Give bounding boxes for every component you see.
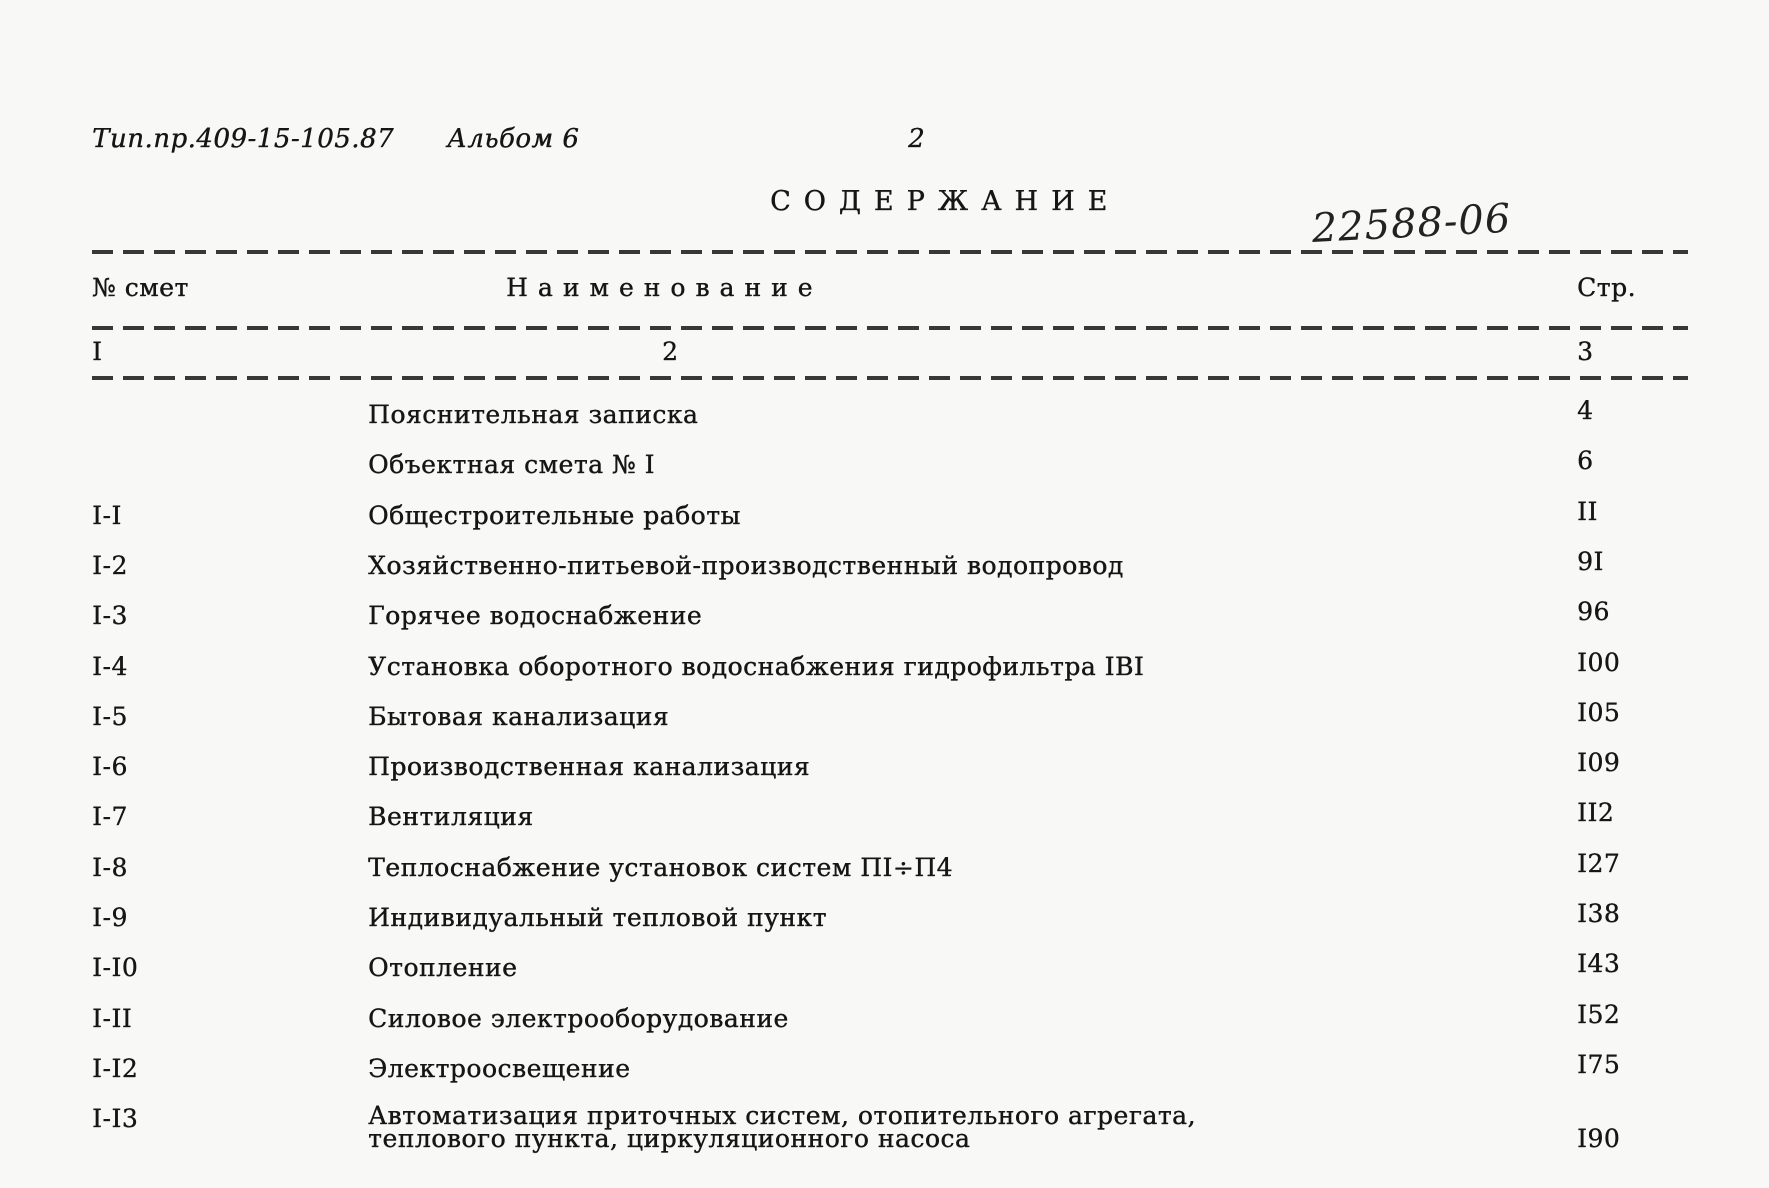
item-name: Производственная канализация — [368, 752, 810, 781]
page-ref: I90 — [1577, 1124, 1620, 1153]
page-ref: I52 — [1577, 1000, 1620, 1029]
estimate-number: I-5 — [92, 702, 128, 731]
page-ref: I27 — [1577, 849, 1620, 878]
estimate-number: I-I3 — [92, 1104, 138, 1133]
item-name: Индивидуальный тепловой пункт — [368, 903, 827, 932]
item-name: Теплоснабжение установок систем ПI÷П4 — [368, 853, 953, 882]
column-header-estimate-no: № смет — [92, 273, 189, 302]
page-ref: I43 — [1577, 949, 1620, 978]
page-ref: 9I — [1577, 547, 1604, 576]
estimate-number: I-6 — [92, 752, 128, 781]
column-header-name: Наименование — [506, 273, 822, 302]
item-name: Пояснительная записка — [368, 400, 698, 429]
column-number-2: 2 — [662, 337, 678, 366]
item-name: Вентиляция — [368, 802, 534, 831]
page-ref: II2 — [1577, 798, 1614, 827]
estimate-number: I-II — [92, 1004, 132, 1033]
estimate-number: I-I2 — [92, 1054, 138, 1083]
estimate-number: I-7 — [92, 802, 128, 831]
item-name: Бытовая канализация — [368, 702, 669, 731]
divider-top — [92, 250, 1688, 254]
column-number-3: 3 — [1577, 337, 1593, 366]
item-name: Установка оборотного водоснабжения гидро… — [368, 652, 1144, 681]
estimate-number: I-4 — [92, 652, 128, 681]
estimate-number: I-I — [92, 501, 122, 530]
item-name: Горячее водоснабжение — [368, 601, 702, 630]
item-name: Общестроительные работы — [368, 501, 741, 530]
page-number: 2 — [908, 124, 925, 154]
page-ref: 96 — [1577, 597, 1610, 626]
page-ref: I38 — [1577, 899, 1620, 928]
item-name: Электроосвещение — [368, 1054, 630, 1083]
item-name: Объектная смета № I — [368, 450, 655, 479]
estimate-number: I-2 — [92, 551, 128, 580]
divider-header — [92, 326, 1688, 330]
estimate-number: I-3 — [92, 601, 128, 630]
estimate-number: I-8 — [92, 853, 128, 882]
divider-body — [92, 376, 1688, 380]
page-ref: I09 — [1577, 748, 1620, 777]
page-ref: I05 — [1577, 698, 1620, 727]
page-ref: II — [1577, 497, 1598, 526]
page-ref: 4 — [1577, 396, 1593, 425]
page-ref: I00 — [1577, 648, 1620, 677]
page-ref: 6 — [1577, 446, 1593, 475]
estimate-number: I-9 — [92, 903, 128, 932]
item-name: Силовое электрооборудование — [368, 1004, 789, 1033]
column-header-page: Стр. — [1577, 273, 1636, 302]
item-name: Хозяйственно-питьевой-производственный в… — [368, 551, 1124, 580]
item-name: Автоматизация приточных систем, отопител… — [368, 1104, 1196, 1150]
column-number-1: I — [92, 337, 102, 366]
item-name: Отопление — [368, 953, 517, 982]
album-label: Альбом 6 — [447, 124, 579, 154]
handwritten-annotation: 22588-06 — [1311, 196, 1513, 252]
page-ref: I75 — [1577, 1050, 1620, 1079]
estimate-number: I-I0 — [92, 953, 138, 982]
project-reference: Тип.пр.409-15-105.87 — [92, 124, 394, 154]
